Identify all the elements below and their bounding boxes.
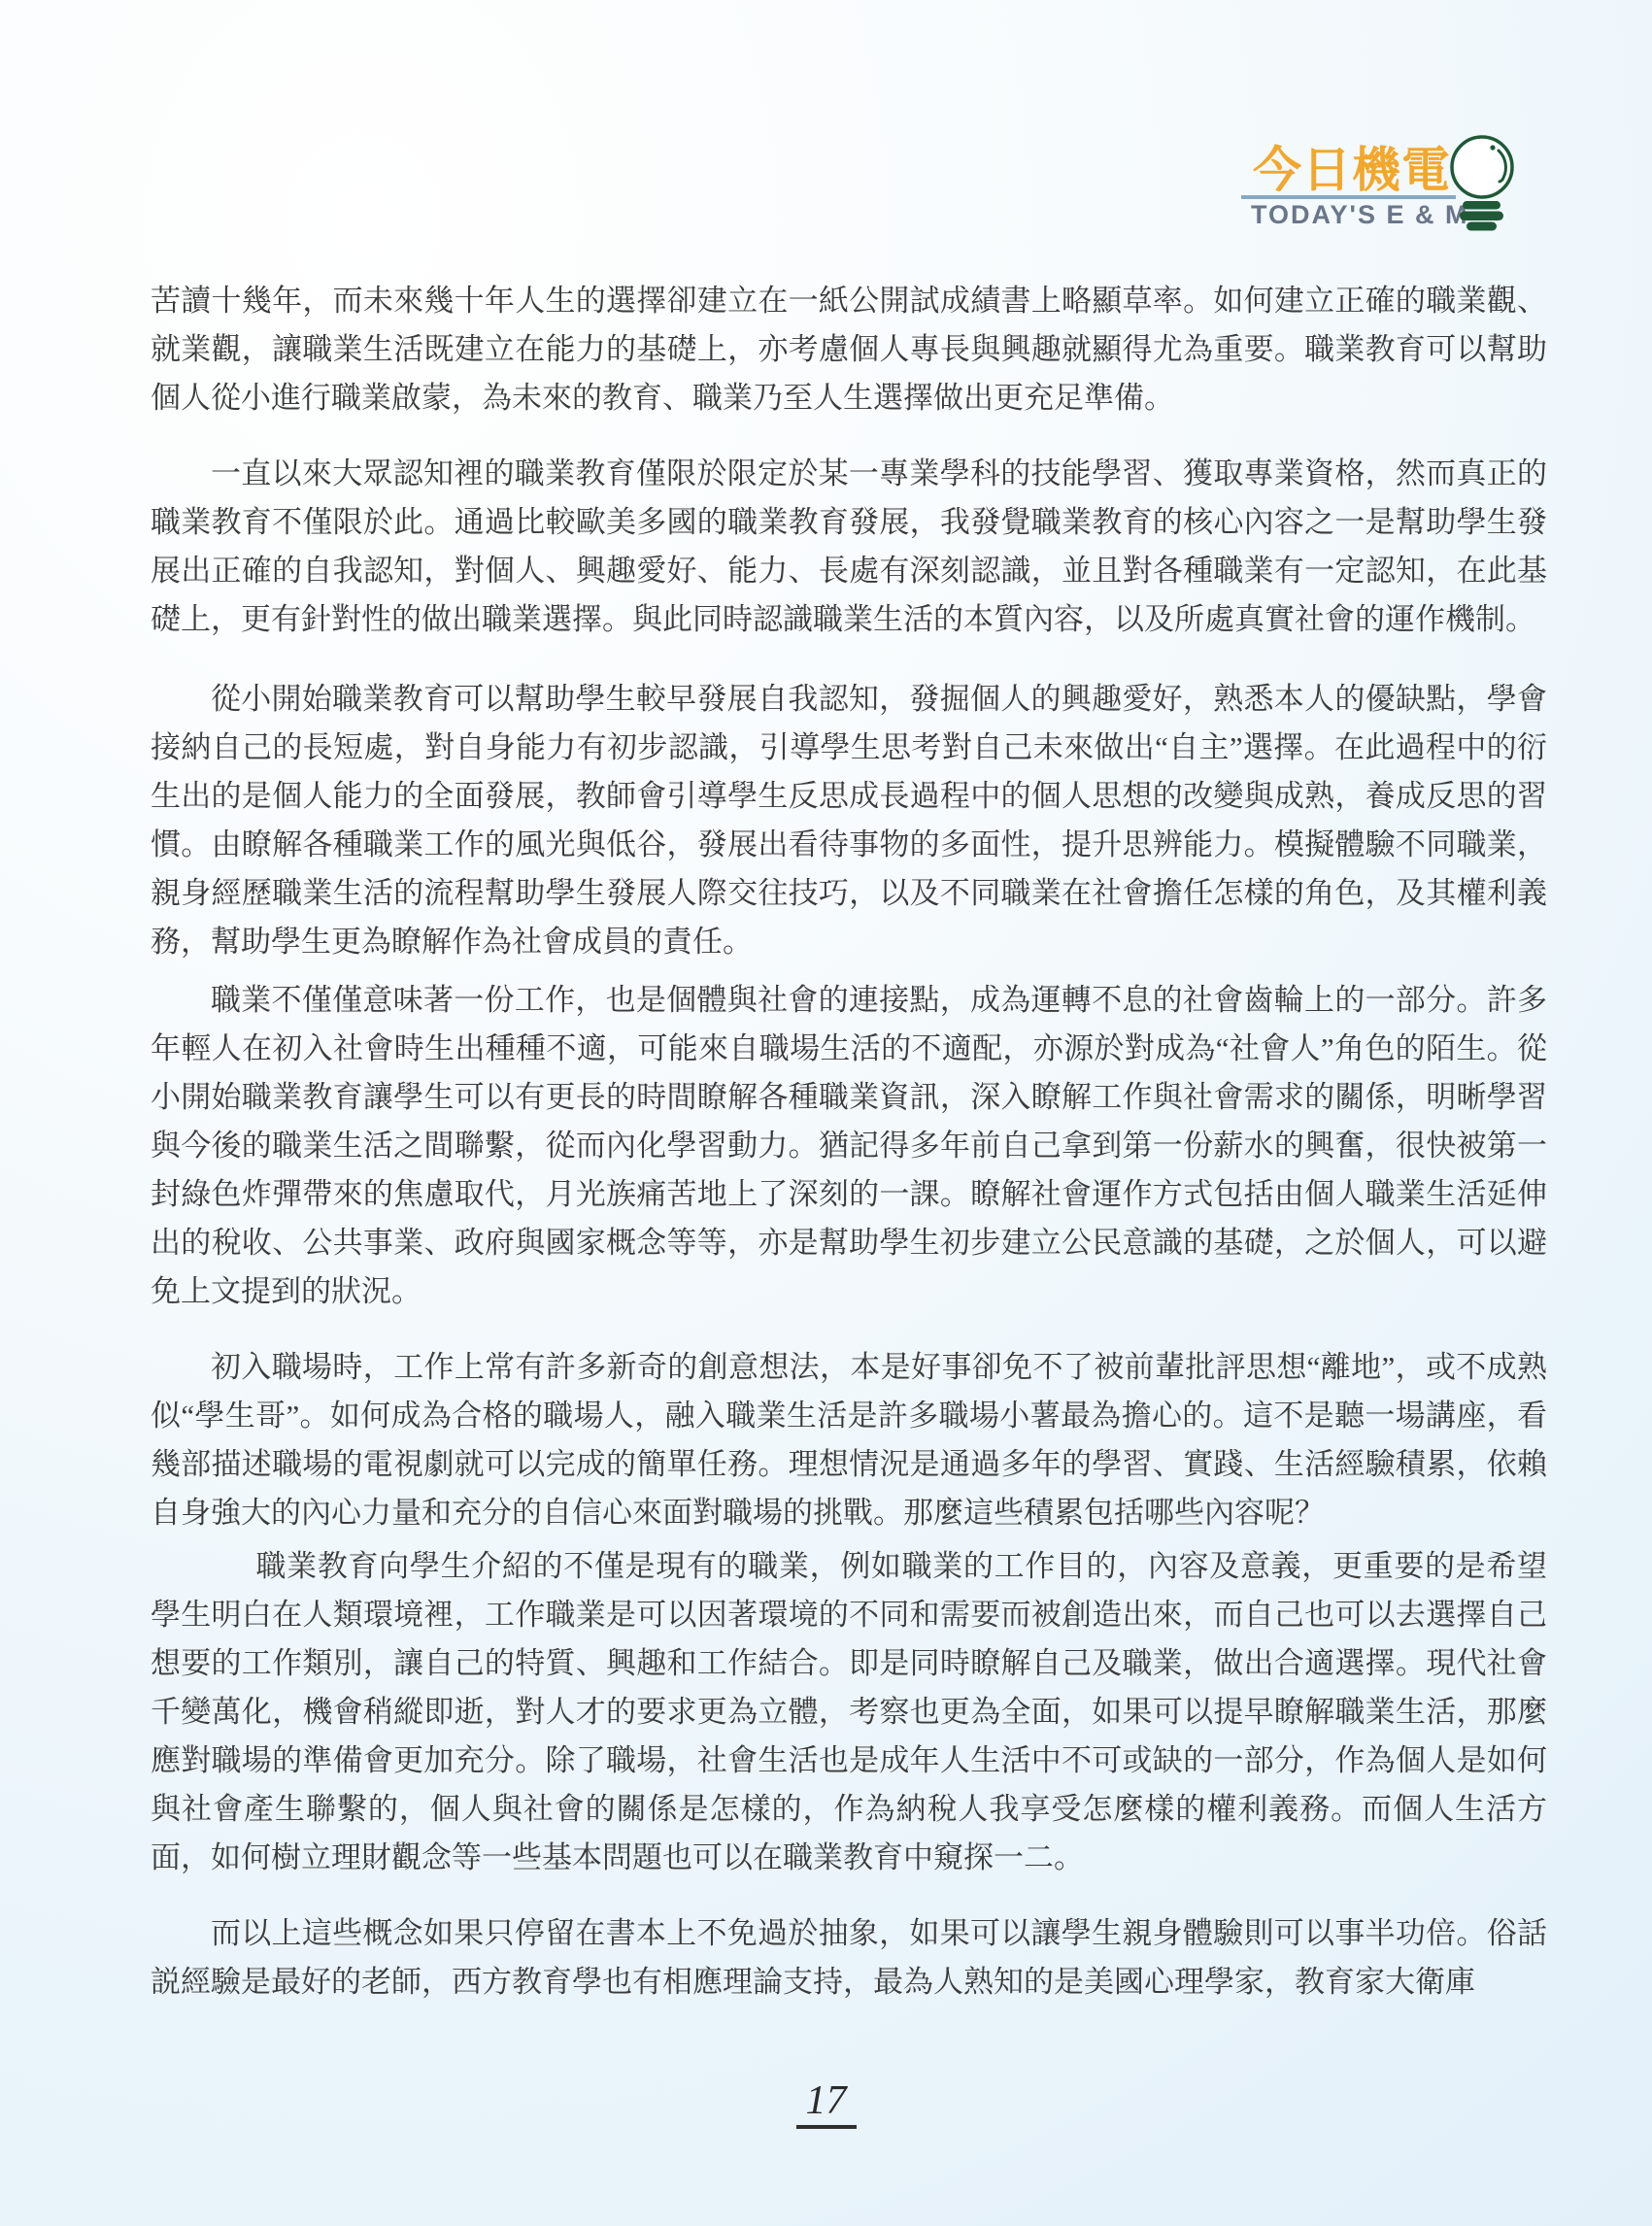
- lightbulb-icon: [1426, 124, 1542, 236]
- paragraph: 而以上這些概念如果只停留在書本上不免過於抽象，如果可以讓學生親身體驗則可以事半功…: [151, 1909, 1547, 2007]
- logo-chinese-title: 今日機電: [1253, 146, 1451, 194]
- article-body: 苦讀十幾年，而未來幾十年人生的選擇卻建立在一紙公開試成績書上略顯草率。如何建立正…: [151, 277, 1547, 2007]
- paragraph: 一直以來大眾認知裡的職業教育僅限於限定於某一專業學科的技能學習、獲取專業資格，然…: [151, 450, 1547, 644]
- paragraph: 職業不僅僅意味著一份工作，也是個體與社會的連接點，成為運轉不息的社會齒輪上的一部…: [151, 976, 1547, 1316]
- paragraph: 從小開始職業教育可以幫助學生較早發展自我認知，發掘個人的興趣愛好，熟悉本人的優缺…: [151, 675, 1547, 966]
- page-number: 17: [796, 2080, 857, 2129]
- paragraph: 苦讀十幾年，而未來幾十年人生的選擇卻建立在一紙公開試成績書上略顯草率。如何建立正…: [151, 277, 1547, 422]
- paragraph: 職業教育向學生介紹的不僅是現有的職業，例如職業的工作目的，內容及意義，更重要的是…: [151, 1542, 1547, 1882]
- logo-divider-rule: [1241, 195, 1456, 199]
- paragraph: 初入職場時，工作上常有許多新奇的創意想法，本是好事卻免不了被前輩批評思想“離地”…: [151, 1343, 1547, 1537]
- magazine-page: 今日機電 TODAY'S E & M 苦讀十幾年，而未來幾十年人生的選擇卻建立在…: [0, 0, 1652, 2226]
